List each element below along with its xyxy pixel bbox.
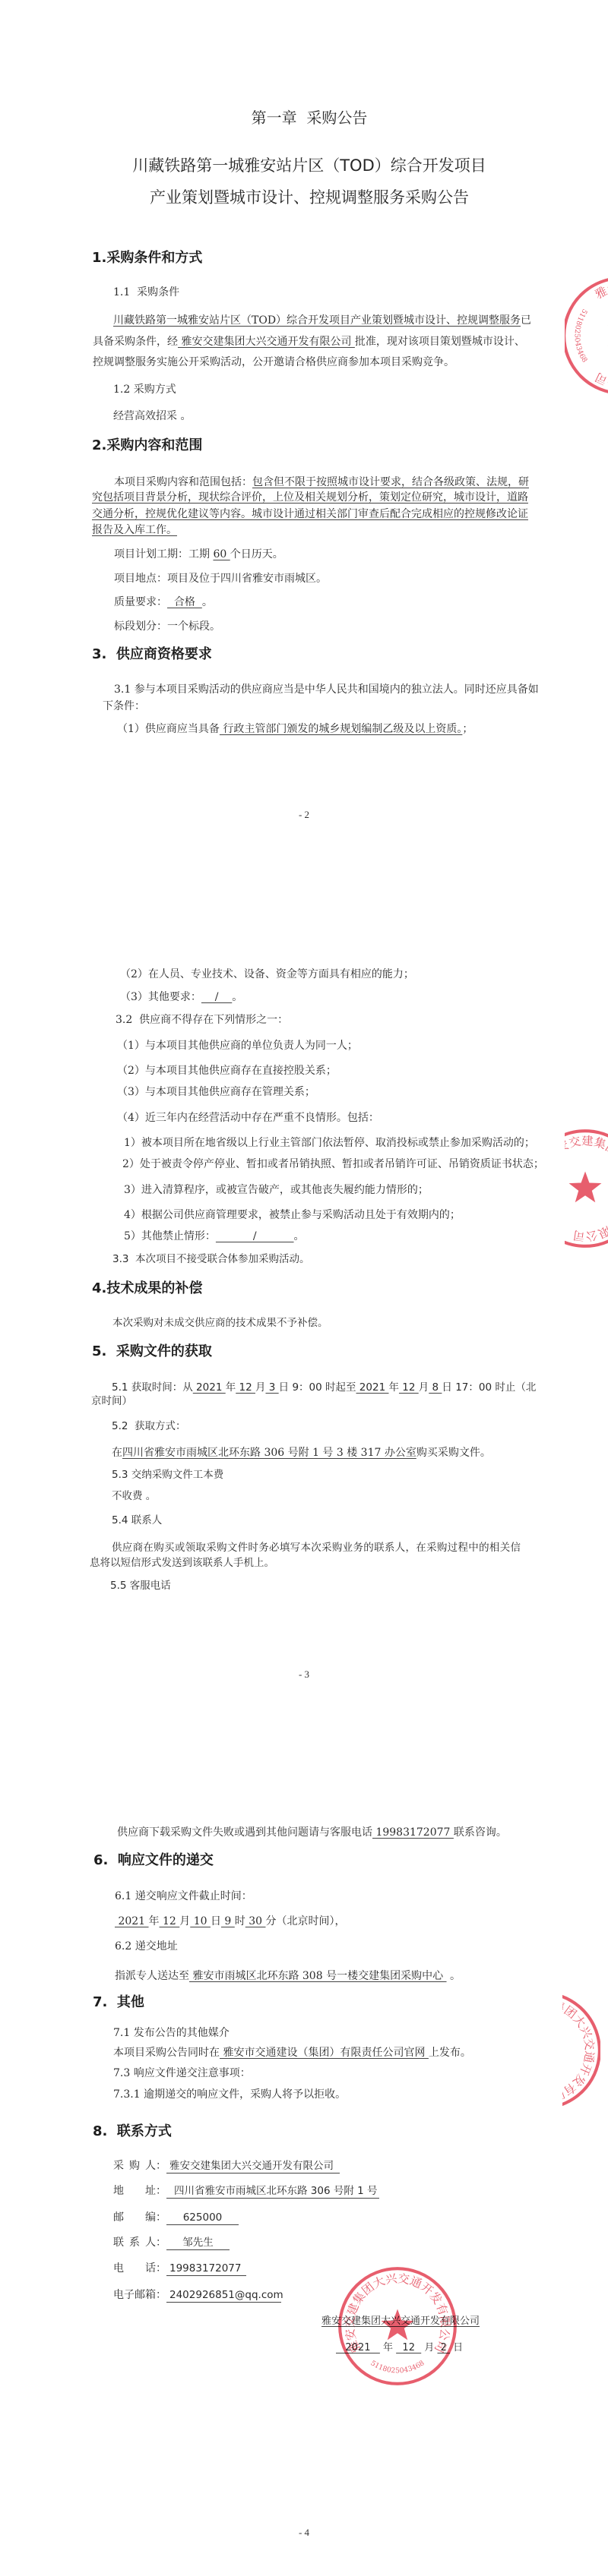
s1-para-line-3: 控规调整服务实施公开采购活动，公开邀请合格供应商参加本项目采购竞争。 <box>93 355 454 370</box>
colon: ： <box>156 2160 166 2172</box>
s1-para-line-1: 川藏铁路第一城雅安站片区（TOD）综合开发项目产业策划暨城市设计、控规调整服务已 <box>113 313 522 328</box>
qualification-item-3: （3）其他要求： / 。 <box>120 990 242 1005</box>
seal-slice-icon: 雅安交建集团大兴交通开发有限公司 5118025043468 <box>565 1126 608 1251</box>
section-2-heading: 2.采购内容和范围 <box>92 437 202 455</box>
contact-row-postcode: 邮编：625000 <box>113 2210 239 2225</box>
deadline-day: 10 <box>190 1915 211 1927</box>
cross-page-seal: 雅安交建集团大兴交通开发有限公司 5118025043468 <box>565 273 608 398</box>
other-exclusion-value: / <box>216 1230 294 1242</box>
seal-code: 5118025043468 <box>369 2359 426 2375</box>
period-days-value: 60 <box>213 548 230 560</box>
s3-3-text: 3.3 本次项目不接受联合体参加采购活动。 <box>112 1252 310 1267</box>
s3-2-label: 3.2 供应商不得存在下列情形之一： <box>116 1012 288 1028</box>
text-segment: 。 <box>447 1970 461 1982</box>
s7-3-1-text: 7.3.1 逾期递交的响应文件，采购人将予以拒收。 <box>113 2087 346 2102</box>
contact-row-person: 联系人：邹先生 <box>113 2235 230 2250</box>
acquisition-method: 在四川省雅安市雨城区北环东路 306 号附 1 号 3 楼 317 办公室购买采… <box>112 1445 491 1460</box>
contact-row-email: 电子邮箱：2402926851@qq.com <box>113 2287 281 2303</box>
project-name-underlined: 川藏铁路第一城雅安站片区（TOD）综合开发项目产业策划暨城市设计、控规调整服务 <box>113 314 521 327</box>
text-segment: 月 <box>419 1381 429 1394</box>
submission-address-value: 雅安市雨城区北环东路 308 号一楼交建集团采购中心 <box>189 1970 447 1982</box>
start-month: 12 <box>236 1381 255 1394</box>
svg-text:5118025043468: 5118025043468 <box>573 307 589 364</box>
text-segment: 具备采购条件，经 <box>93 336 178 348</box>
contact-label: 地址 <box>113 2183 156 2199</box>
lot-division: 标段划分：一个标段。 <box>114 619 220 634</box>
hotline-text: 供应商下载采购文件失败或遇到其他问题请与客服电话 19983172077 联系咨… <box>117 1825 507 1840</box>
colon: ： <box>156 2237 166 2249</box>
text-segment: （1）供应商应当具备 <box>117 723 220 735</box>
s5-2-label: 5.2 获取方式： <box>112 1419 186 1434</box>
subsection-1-2-label: 1.2 采购方式 <box>113 382 176 397</box>
text-segment: 项目计划工期：工期 <box>114 548 213 560</box>
text-segment: 本项目采购公告同时在 <box>113 2047 220 2059</box>
acquisition-time: 5.1 获取时间：从 2021 年 12 月 3 日 9：00 时起至 2021… <box>112 1380 522 1395</box>
s6-2-label: 6.2 递交地址 <box>115 1939 178 1954</box>
s3-1-line-1: 3.1 参与本项目采购活动的供应商应当是中华人民共和国境内的独立法人。同时还应具… <box>114 682 523 697</box>
submission-address: 指派专人送达至 雅安市雨城区北环东路 308 号一楼交建集团采购中心 。 <box>115 1968 461 1984</box>
text-segment: 批准，现对该项目策划暨城市设计、 <box>355 336 525 348</box>
approver-underlined: 雅安交建集团大兴交通开发有限公司 <box>178 336 355 348</box>
subsection-1-1-label: 1.1 采购条件 <box>113 285 179 300</box>
contact-para-line-1: 供应商在购买或领取采购文件时务必填写本次采购业务的联系人，在采购过程中的相关信 <box>112 1540 521 1555</box>
contact-para-line-2: 息将以短信形式发送到该联系人手机上。 <box>90 1555 274 1571</box>
s7-1-label: 7.1 发布公告的其他媒介 <box>113 2025 230 2041</box>
text-segment: 上发布。 <box>429 2047 471 2059</box>
exclusion-sub-2: 2）处于被责令停产停业、暂扣或者吊销执照、暂扣或者吊销许可证、吊销资质证书状态； <box>122 1157 523 1172</box>
exclusion-sub-5: 5）其他禁止情形： / 。 <box>124 1229 305 1244</box>
contact-label: 电话 <box>113 2261 156 2276</box>
text-segment: ； <box>462 723 473 735</box>
scope-underlined: 交通分析，控规优化建议等内容。城市设计通过相关部门审查后配合完成相应的控规修改论… <box>92 508 528 520</box>
other-requirement-value: / <box>201 991 232 1003</box>
acquisition-time-line-2: 京时间） <box>91 1394 132 1409</box>
s1-para-line-2: 具备采购条件，经 雅安交建集团大兴交通开发有限公司 批准，现对该项目策划暨城市设… <box>93 334 519 349</box>
exclusion-sub-4: 4）根据公司供应商管理要求，被禁止参与采购活动且处于有效期内的； <box>124 1207 461 1223</box>
s5-3-label: 5.3 交纳采购文件工本费 <box>112 1467 223 1482</box>
contact-value: 雅安交建集团大兴交通开发有限公司 <box>166 2159 340 2173</box>
publication-media: 本项目采购公告同时在 雅安市交通建设（集团）有限责任公司官网 上发布。 <box>113 2045 471 2060</box>
text-segment: 5.1 获取时间：从 <box>112 1381 193 1394</box>
start-day: 3 <box>265 1381 278 1394</box>
media-name: 雅安市交通建设（集团）有限责任公司官网 <box>220 2047 429 2059</box>
fee-text: 不收费 。 <box>112 1488 156 1504</box>
colon: ： <box>156 2289 166 2301</box>
text-segment: 月 <box>179 1915 190 1927</box>
section-3-heading: 3. 供应商资格要求 <box>92 646 212 664</box>
page-number: - 3 <box>0 1668 608 1681</box>
text-segment: 分（北京时间）， <box>266 1915 346 1927</box>
text-segment: 日 <box>211 1915 221 1927</box>
section-1-heading: 1.采购条件和方式 <box>92 249 202 267</box>
text-segment: 。 <box>202 596 213 608</box>
text-segment: 日 17：00 时止（北 <box>442 1381 536 1394</box>
contact-value: 2402926851@qq.com <box>166 2288 281 2303</box>
exclusion-item-4: （4）近三年内在经营活动中存在严重不良情形。包括： <box>117 1110 379 1125</box>
text-segment: 指派专人送达至 <box>115 1970 189 1982</box>
section-8-heading: 8. 联系方式 <box>93 2123 172 2141</box>
quality-requirement: 质量要求： 合格 。 <box>114 595 213 610</box>
text-segment: 年 <box>149 1915 160 1927</box>
section-7-heading: 7. 其他 <box>93 1994 144 2012</box>
s2-para-line-1: 本项目采购内容和范围包括：包含但不限于按照城市设计要求，结合各级政策、法规，研 <box>114 475 523 490</box>
exclusion-item-3: （3）与本项目其他供应商存在管理关系； <box>117 1084 315 1100</box>
document-title-line-1: 川藏铁路第一城雅安站片区（TOD）综合开发项目 <box>0 155 608 176</box>
text-segment: 。 <box>294 1230 305 1242</box>
contact-label: 联系人 <box>113 2235 156 2250</box>
end-year: 2021 <box>356 1381 389 1394</box>
colon: ： <box>156 2185 166 2197</box>
exclusion-item-2: （2）与本项目其他供应商存在直接控股关系； <box>117 1063 337 1078</box>
s2-para-line-4: 报告及入库工作。 <box>92 522 177 538</box>
chapter-title: 第一章 采购公告 <box>0 107 608 128</box>
contact-value: 625000 <box>166 2211 239 2225</box>
text-segment: 年 <box>388 1381 399 1394</box>
compensation-text: 本次采购对未成交供应商的技术成果不予补偿。 <box>112 1315 328 1331</box>
contact-value: 邹先生 <box>166 2236 230 2250</box>
s2-para-line-2: 究包括项目背景分析，现状综合评价，上位及相关规划分析，策划定位研究，城市设计，道… <box>92 490 523 505</box>
text-segment: （3）其他要求： <box>120 991 201 1003</box>
s5-5-label: 5.5 客服电话 <box>110 1578 171 1593</box>
qualification-item-1: （1）供应商应当具备 行政主管部门颁发的城乡规划编制乙级及以上资质。； <box>117 721 473 737</box>
text-segment: 供应商下载采购文件失败或遇到其他问题请与客服电话 <box>117 1826 372 1839</box>
contact-label: 邮编 <box>113 2210 156 2225</box>
procurement-method: 经营高效招采 。 <box>113 409 191 424</box>
project-location: 项目地点：项目及位于四川省雅安市雨城区。 <box>114 571 327 586</box>
document-title-line-2: 产业策划暨城市设计、控规调整服务采购公告 <box>0 187 608 208</box>
s3-1-line-2: 下条件： <box>103 699 145 714</box>
s5-4-label: 5.4 联系人 <box>112 1513 162 1528</box>
hotline-number: 19983172077 <box>372 1826 454 1839</box>
deadline-hour: 9 <box>221 1915 235 1927</box>
contact-row-purchaser: 采购人：雅安交建集团大兴交通开发有限公司 <box>113 2158 340 2173</box>
deadline-month: 12 <box>160 1915 180 1927</box>
seal-code: 5118025043468 <box>573 307 589 364</box>
exclusion-sub-1: 1）被本项目所在地省级以上行业主管部门依法暂停、取消投标或禁止参加采购活动的； <box>124 1135 523 1151</box>
colon: ： <box>156 2262 166 2275</box>
page-number: - 4 <box>0 2526 608 2540</box>
company-seal-icon: 雅安交建集团大兴交通开发有限公司 5118025043468 <box>335 2264 460 2388</box>
scope-underlined: 报告及入库工作。 <box>92 524 177 536</box>
submission-deadline: 2021 年 12 月 10 日 9 时 30 分（北京时间）， <box>115 1914 346 1929</box>
s2-para-line-3: 交通分析，控规优化建议等内容。城市设计通过相关部门审查后配合完成相应的控规修改论… <box>92 507 523 522</box>
text-segment: 质量要求： <box>114 596 167 608</box>
text-segment: 。 <box>232 991 242 1003</box>
svg-text:雅安交建集团大兴交通开发有限公司: 雅安交建集团大兴交通开发有限公司 <box>593 281 608 390</box>
section-4-heading: 4.技术成果的补偿 <box>92 1280 202 1298</box>
contact-label: 采购人 <box>113 2158 156 2173</box>
text-segment: 月 <box>255 1381 266 1394</box>
exclusion-sub-3: 3）进入清算程序，或被宣告破产，或其他丧失履约能力情形的； <box>124 1182 429 1198</box>
deadline-minute: 30 <box>245 1915 266 1927</box>
project-period: 项目计划工期：工期 60 个日历天。 <box>114 547 283 562</box>
text-segment: 5）其他禁止情形： <box>124 1230 216 1242</box>
acquisition-address: 四川省雅安市雨城区北环东路 306 号附 1 号 3 楼 317 办公室 <box>122 1447 416 1459</box>
contact-value: 四川省雅安市雨城区北环东路 306 号附 1 号 <box>166 2184 379 2199</box>
colon: ： <box>156 2211 166 2224</box>
svg-text:5118025043468: 5118025043468 <box>369 2359 426 2375</box>
seal-text: 雅安交建集团大兴交通开发有限公司 <box>593 281 608 390</box>
text-segment: 年 <box>226 1381 236 1394</box>
text-segment: 日 9：00 时起至 <box>279 1381 356 1394</box>
text-segment: 本项目采购内容和范围包括： <box>114 476 252 488</box>
seal-slice-icon: 雅安交建集团大兴交通开发有限公司 5118025043468 <box>565 273 608 398</box>
end-month: 12 <box>399 1381 419 1394</box>
deadline-year: 2021 <box>115 1915 149 1927</box>
exclusion-item-1: （1）与本项目其他供应商的单位负责人为同一人； <box>117 1038 358 1053</box>
text-segment: 已 <box>521 314 531 327</box>
contact-label: 电子邮箱 <box>113 2287 156 2303</box>
end-day: 8 <box>429 1381 442 1394</box>
s6-1-label: 6.1 递交响应文件截止时间： <box>115 1889 252 1904</box>
contact-row-address: 地址：四川省雅安市雨城区北环东路 306 号附 1 号 <box>113 2183 379 2199</box>
section-5-heading: 5. 采购文件的获取 <box>92 1343 212 1361</box>
section-6-heading: 6. 响应文件的递交 <box>93 1851 214 1870</box>
scope-underlined: 包含但不限于按照城市设计要求，结合各级政策、法规，研 <box>252 476 529 488</box>
text-segment: 联系咨询。 <box>454 1826 507 1839</box>
document-page: 第一章 采购公告 川藏铁路第一城雅安站片区（TOD）综合开发项目 产业策划暨城市… <box>0 0 608 2576</box>
text-segment: 时 <box>235 1915 245 1927</box>
s7-3-label: 7.3 响应文件递交注意事项： <box>113 2066 251 2081</box>
seal-slice-icon: 雅安交建集团大兴交通开发有限公司 5118025043468 <box>562 1988 600 2113</box>
cross-page-seal: 雅安交建集团大兴交通开发有限公司 5118025043468 <box>565 1126 608 1251</box>
scope-underlined: 究包括项目背景分析，现状综合评价，上位及相关规划分析，策划定位研究，城市设计，道… <box>92 491 528 504</box>
qualification-underlined: 行政主管部门颁发的城乡规划编制乙级及以上资质。 <box>220 723 462 735</box>
text-segment: 购买采购文件。 <box>416 1447 491 1459</box>
contact-row-phone: 电话：19983172077 <box>113 2261 246 2276</box>
page-number: - 2 <box>0 808 608 822</box>
cross-page-seal: 雅安交建集团大兴交通开发有限公司 5118025043468 <box>562 1988 600 2113</box>
text-segment: 个日历天。 <box>230 548 283 560</box>
text-segment: 在 <box>112 1447 122 1459</box>
start-year: 2021 <box>193 1381 226 1394</box>
contact-value: 19983172077 <box>166 2262 246 2276</box>
qualification-item-2: （2）在人员、专业技术、设备、资金等方面具有相应的能力； <box>120 967 414 982</box>
quality-value: 合格 <box>167 596 202 608</box>
